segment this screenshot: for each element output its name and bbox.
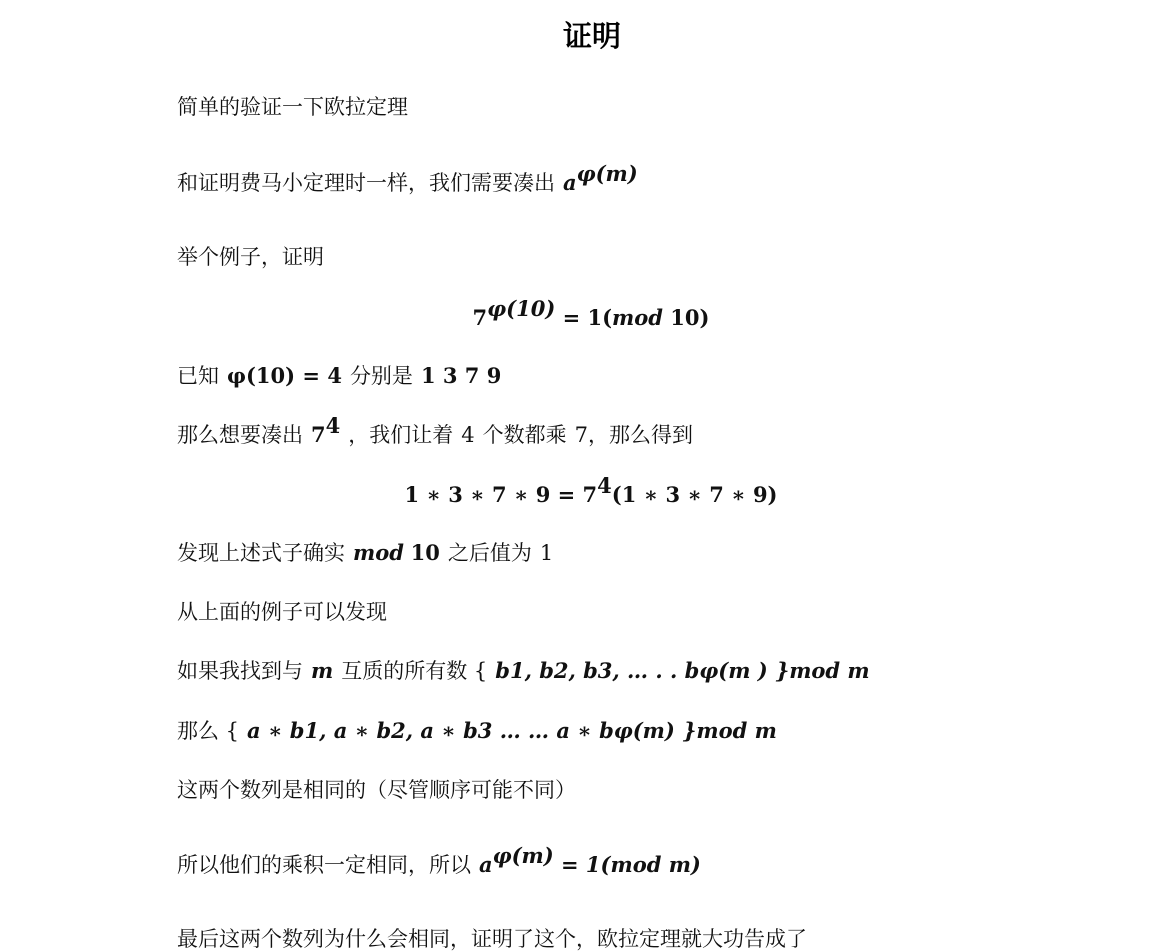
math: b1, b2, b3, … . . bφ(m ) [495,658,767,683]
paragraph-final: 最后这两个数列为什么会相同，证明了这个，欧拉定理就大功告成了 [177,925,807,952]
text: 这两个数列是相同的（尽管顺序可能不同） [177,778,576,802]
text: 之后值为 [448,541,532,565]
math: 1 3 7 9 [421,363,501,388]
math: 10) [663,305,709,330]
paragraph-phi: 已知φ(10) = 4分别是1 3 7 9 [177,362,501,390]
math: (1 ∗ 3 ∗ 7 ∗ 9) [612,482,778,507]
text: 那么想要凑出 [177,423,303,447]
paragraph-coprime-set: 如果我找到与m互质的所有数 {b1, b2, b3, … . . bφ(m )}… [177,657,870,685]
math: φ(10) = 4 [227,363,342,388]
paragraph-same-sequences: 这两个数列是相同的（尽管顺序可能不同） [177,776,576,804]
paragraph-goal: 和证明费马小定理时一样，我们需要凑出aφ(m) [177,169,638,197]
math-base: 7 [311,422,326,447]
paragraph-observation: 发现上述式子确实mod 10之后值为1 [177,539,553,567]
math: 1 [540,541,553,565]
math-mod: mod [612,305,663,330]
math: }mod m [683,718,777,743]
text: 从上面的例子可以发现 [177,600,387,624]
math: }mod m [776,658,870,683]
equation-euler-example: 7φ(10) = 1(mod 10) [0,304,1174,332]
math-base: a [479,852,493,877]
math-exponent: φ(10) [487,296,555,321]
math: m [311,658,333,683]
math-exponent: 4 [597,473,612,498]
text: 举个例子，证明 [177,245,324,269]
text: ，我们让着 [348,423,453,447]
text: 最后这两个数列为什么会相同，证明了这个，欧拉定理就大功告成了 [177,927,807,951]
page-title: 证明 [0,14,1174,55]
math-mod: mod [353,540,404,565]
math: 10 [411,540,440,565]
math: 4 [461,423,474,447]
math-base: a [563,170,577,195]
paragraph-multiplied-set: 那么 {a ∗ b1, a ∗ b2, a ∗ b3 … … a ∗ bφ(m)… [177,717,777,745]
text: 和证明费马小定理时一样，我们需要凑出 [177,171,555,195]
math: = 1( [555,305,612,330]
math: 1 ∗ 3 ∗ 7 ∗ 9 = 7 [404,482,597,507]
text: 那么 { [177,719,239,743]
paragraph-example: 举个例子，证明 [177,243,324,271]
math-exponent: φ(m) [577,161,638,186]
text: 简单的验证一下欧拉定理 [177,95,408,119]
paragraph-conclusion: 所以他们的乘积一定相同，所以aφ(m) = 1(mod m) [177,851,701,879]
text: 如果我找到与 [177,659,303,683]
math-base: 7 [473,305,488,330]
text: 个数都乘 [483,423,567,447]
equation-product: 1 ∗ 3 ∗ 7 ∗ 9 = 74(1 ∗ 3 ∗ 7 ∗ 9) [0,481,1174,509]
text: 所以他们的乘积一定相同，所以 [177,853,471,877]
math: 7 [575,423,588,447]
math: = 1(mod m) [554,852,701,877]
paragraph-multiply: 那么想要凑出74，我们让着4个数都乘7，那么得到 [177,421,693,449]
math-exponent: φ(m) [493,843,554,868]
math-exponent: 4 [326,413,341,438]
math: a ∗ b1, a ∗ b2, a ∗ b3 … … a ∗ bφ(m) [247,718,675,743]
paragraph-intro: 简单的验证一下欧拉定理 [177,93,408,121]
text: 互质的所有数 { [341,659,487,683]
text: 发现上述式子确实 [177,541,345,565]
text: ，那么得到 [588,423,693,447]
text: 已知 [177,364,219,388]
paragraph-discovery: 从上面的例子可以发现 [177,598,387,626]
text: 分别是 [350,364,413,388]
